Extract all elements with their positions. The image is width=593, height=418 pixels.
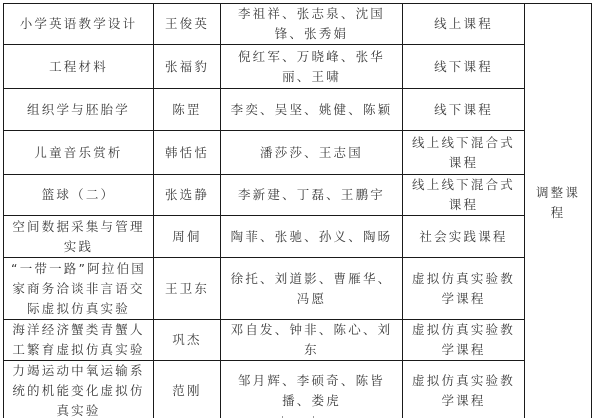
course-name-cell: 组织学与胚胎学 [4, 89, 154, 131]
table-row: 儿童音乐赏析 韩恬恬 潘莎莎、王志国 线上线下混合式课程 [4, 131, 592, 175]
team-members-cell: 李新建、丁磊、王鹏宇 [221, 175, 403, 216]
lead-teacher-cell: 王卫东 [154, 258, 221, 320]
course-name-cell: 儿童音乐赏析 [4, 131, 154, 175]
table-row: 组织学与胚胎学 陈罡 李奕、吴坚、姚健、陈颖 线下课程 [4, 89, 592, 131]
team-members-cell: 陶菲、张驰、孙义、陶旸 [221, 216, 403, 258]
team-members-cell: 倪红军、万晓峰、张华丽、王啸 [221, 45, 403, 89]
note-cell: 调整课程 [525, 4, 592, 418]
table-row: “一带一路”阿拉伯国家商务洽谈非言语交际虚拟仿真实验 王卫东 徐托、刘道影、曹雁… [4, 258, 592, 320]
course-type-cell: 虚拟仿真实验教学课程 [403, 258, 525, 320]
lead-teacher-cell: 周侗 [154, 216, 221, 258]
course-name-cell: 海洋经济蟹类青蟹人工繁育虚拟仿真实验 [4, 320, 154, 361]
lead-teacher-cell: 范刚 [154, 361, 221, 418]
course-type-cell: 线下课程 [403, 45, 525, 89]
course-name-cell: 空间数据采集与管理实践 [4, 216, 154, 258]
table-row: 力竭运动中氧运输系统的机能变化虚拟仿真实验 范刚 邹月辉、李硕奇、陈皆播、娄虎 … [4, 361, 592, 418]
lead-teacher-cell: 韩恬恬 [154, 131, 221, 175]
team-members-cell: 李奕、吴坚、姚健、陈颖 [221, 89, 403, 131]
course-table: 小学英语教学设计 王俊英 李祖祥、张志泉、沈国锋、张秀娟 线上课程 调整课程 工… [3, 3, 592, 418]
course-type-cell: 社会实践课程 [403, 216, 525, 258]
course-type-cell: 线上课程 [403, 4, 525, 45]
team-members-cell: 徐托、刘道影、曹雁华、冯愿 [221, 258, 403, 320]
team-members-cell: 邓自发、钟非、陈心、刘东 [221, 320, 403, 361]
team-members-cell: 李祖祥、张志泉、沈国锋、张秀娟 [221, 4, 403, 45]
team-members-cell: 潘莎莎、王志国 [221, 131, 403, 175]
course-type-cell: 虚拟仿真实验教学课程 [403, 320, 525, 361]
team-members-cell: 邹月辉、李硕奇、陈皆播、娄虎 [221, 361, 403, 418]
lead-teacher-cell: 巩杰 [154, 320, 221, 361]
course-name-cell: 力竭运动中氧运输系统的机能变化虚拟仿真实验 [4, 361, 154, 418]
course-name-cell: 工程材料 [4, 45, 154, 89]
table-row: 海洋经济蟹类青蟹人工繁育虚拟仿真实验 巩杰 邓自发、钟非、陈心、刘东 虚拟仿真实… [4, 320, 592, 361]
course-type-cell: 线下课程 [403, 89, 525, 131]
course-name-cell: “一带一路”阿拉伯国家商务洽谈非言语交际虚拟仿真实验 [4, 258, 154, 320]
lead-teacher-cell: 王俊英 [154, 4, 221, 45]
course-type-cell: 线上线下混合式课程 [403, 175, 525, 216]
course-name-cell: 篮球（二） [4, 175, 154, 216]
lead-teacher-cell: 陈罡 [154, 89, 221, 131]
course-name-cell: 小学英语教学设计 [4, 4, 154, 45]
note-text: 调整课程 [531, 183, 585, 223]
table-row: 小学英语教学设计 王俊英 李祖祥、张志泉、沈国锋、张秀娟 线上课程 调整课程 [4, 4, 592, 45]
course-type-cell: 虚拟仿真实验教学课程 [403, 361, 525, 418]
lead-teacher-cell: 张选静 [154, 175, 221, 216]
table-row: 篮球（二） 张选静 李新建、丁磊、王鹏宇 线上线下混合式课程 [4, 175, 592, 216]
table-row: 工程材料 张福豹 倪红军、万晓峰、张华丽、王啸 线下课程 [4, 45, 592, 89]
lead-teacher-cell: 张福豹 [154, 45, 221, 89]
table-row: 空间数据采集与管理实践 周侗 陶菲、张驰、孙义、陶旸 社会实践课程 [4, 216, 592, 258]
course-type-cell: 线上线下混合式课程 [403, 131, 525, 175]
